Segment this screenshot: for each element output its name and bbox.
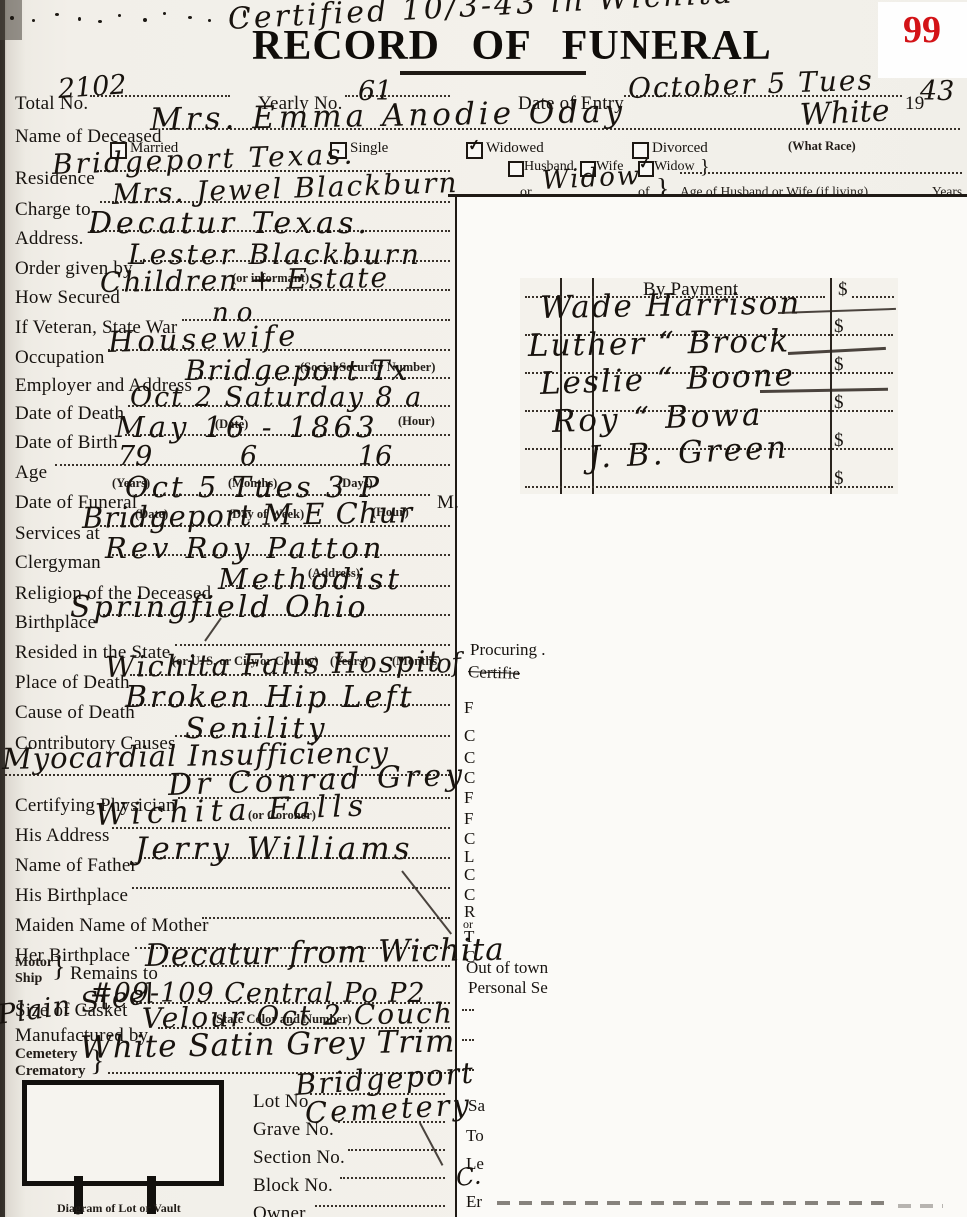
age-days-value: 16 xyxy=(358,441,392,472)
fragment-handwriting-of: of xyxy=(435,648,463,680)
ship-label: Ship xyxy=(15,971,42,987)
occupation-label: Occupation xyxy=(15,347,105,369)
date-of-birth-value: May 16 - 1863 xyxy=(115,410,379,444)
cause-of-death-label: Cause of Death xyxy=(15,702,135,724)
clergyman-label: Clergyman xyxy=(15,552,101,574)
fragment-letter: L xyxy=(464,847,474,867)
title-underline xyxy=(400,71,586,75)
widowed-checkmark: ✓ xyxy=(467,135,482,156)
crematory-label: Crematory xyxy=(15,1063,86,1080)
husband-checkbox xyxy=(508,161,524,177)
place-of-death-value: Wichita Falls Hospit xyxy=(105,644,442,684)
father-label: Name of Father xyxy=(15,855,137,877)
dotted-line xyxy=(680,158,962,174)
divorced-label: Divorced xyxy=(652,140,708,157)
dotted-line xyxy=(315,1191,445,1207)
panel-top-rule xyxy=(448,194,967,197)
father-value: Jerry Williams xyxy=(135,831,414,867)
page-number: 99 xyxy=(903,8,941,52)
race-value: White xyxy=(799,93,890,133)
dollar-sign: $ xyxy=(834,392,844,414)
how-secured-value: Children + Estate xyxy=(100,261,390,299)
fragment-dots xyxy=(462,1025,474,1041)
fragment-letter: C xyxy=(464,865,475,885)
scanned-funeral-record: Certified 10/3-43 in Wichita RECORD OF F… xyxy=(0,0,967,1217)
single-label: Single xyxy=(350,140,388,157)
lot-diagram-box xyxy=(22,1080,224,1186)
scan-corner-smudge xyxy=(0,0,22,40)
smudged-strike-line xyxy=(497,1201,887,1205)
dollar-sign: $ xyxy=(834,430,844,452)
address-label: Address. xyxy=(15,228,84,250)
address-value: Decatur Texas. xyxy=(88,206,371,241)
dollar-sign: $ xyxy=(834,354,844,376)
smudged-strike-line xyxy=(898,1204,943,1208)
dotted-line xyxy=(202,903,450,919)
fragment-cursive-c: C. xyxy=(455,1161,483,1191)
fragment-er: Er xyxy=(466,1192,482,1212)
fragment-letter: C xyxy=(464,748,475,768)
fragment-letter: F xyxy=(464,809,473,829)
what-race-note: (What Race) xyxy=(788,139,856,154)
dollar-sign: $ xyxy=(834,468,844,490)
motor-label: Motor xyxy=(15,955,53,971)
fragment-letter: F xyxy=(464,788,473,808)
date-of-death-value: Oct 2 Saturday 8 a xyxy=(130,382,423,413)
charge-to-label: Charge to xyxy=(15,199,91,221)
relation-value: Widow xyxy=(541,161,642,196)
page-title: RECORD OF FUNERAL xyxy=(252,22,772,70)
occupation-value: Housewife xyxy=(107,318,300,359)
dotted-line xyxy=(132,873,450,889)
date-of-death-label: Date of Death xyxy=(15,403,124,425)
fragment-certified: Certifie xyxy=(468,662,521,684)
age-months-value: 6 xyxy=(240,441,257,472)
fragment-letter: C xyxy=(464,829,475,849)
name-of-deceased-value: Mrs. Emma Anodie Oday xyxy=(150,94,627,138)
dotted-line xyxy=(175,630,450,646)
his-birthplace-label: His Birthplace xyxy=(15,885,128,907)
section-no-label: Section No. xyxy=(253,1147,345,1169)
payment-name: Wade Harrison xyxy=(540,285,802,326)
total-no-value: 2102 xyxy=(57,69,128,105)
dotted-line xyxy=(340,1163,445,1179)
widowed-label: Widowed xyxy=(486,140,544,157)
grave-no-value: Cemetery xyxy=(304,1087,473,1130)
year-value: 43 xyxy=(920,76,954,107)
dotted-line xyxy=(852,282,894,298)
remains-brace: } xyxy=(52,952,65,984)
scan-edge-strip xyxy=(0,0,5,1217)
fragment-letter: C xyxy=(464,768,475,788)
fragment-letter: F xyxy=(464,698,473,718)
fragment-dots xyxy=(462,995,474,1011)
cause-of-death-value: Broken Hip Left xyxy=(125,680,415,715)
age-years-value: 79 xyxy=(118,441,152,472)
dollar-sign: $ xyxy=(838,279,848,301)
fragment-personal-se: Personal Se xyxy=(468,978,548,998)
age-label: Age xyxy=(15,462,47,484)
fragment-procuring: Procuring . xyxy=(470,640,546,660)
diagram-caption: Diagram of Lot or Vault xyxy=(57,1201,181,1216)
fragment-letter: C xyxy=(464,726,475,746)
owner-label: Owner xyxy=(253,1203,306,1217)
cemetery-label: Cemetery xyxy=(15,1046,77,1063)
dollar-sign: $ xyxy=(834,316,844,338)
remains-to-value: Decatur from Wichita xyxy=(145,932,505,974)
fragment-to: To xyxy=(466,1126,484,1146)
clergyman-value: Rev Roy Patton xyxy=(105,531,385,565)
services-at-value: Bridgeport M E Chur xyxy=(82,495,414,535)
